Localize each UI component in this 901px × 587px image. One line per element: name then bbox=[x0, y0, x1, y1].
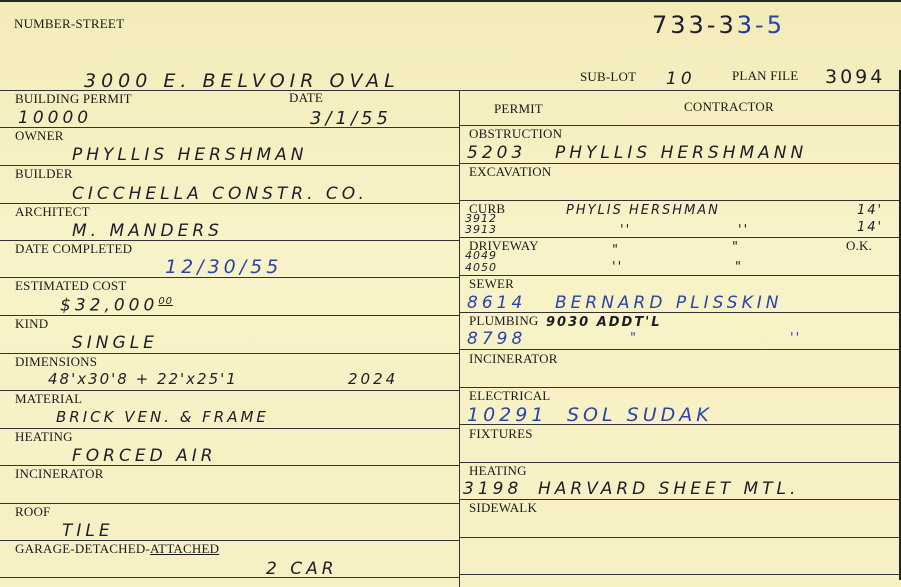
file-number: 733-33-5 bbox=[652, 13, 785, 37]
date-label: DATE bbox=[289, 91, 323, 104]
material-value: BRICK VEN. & FRAME bbox=[56, 410, 269, 425]
owner-label: OWNER bbox=[15, 129, 64, 142]
building-permit-label: BUILDING PERMIT bbox=[15, 92, 132, 105]
curb-length-2: 14' bbox=[857, 221, 883, 234]
sub-lot-value: 10 bbox=[666, 71, 696, 88]
incinerator-right-label: INCINERATOR bbox=[469, 352, 558, 365]
divider bbox=[459, 200, 901, 201]
dimensions-label: DIMENSIONS bbox=[15, 355, 97, 368]
owner-value: PHYLLIS HERSHMAN bbox=[72, 147, 308, 164]
architect-value: M. MANDERS bbox=[72, 223, 223, 240]
roof-value: TILE bbox=[62, 523, 114, 540]
curb-ditto-1: '' bbox=[620, 224, 631, 237]
heating-label: HEATING bbox=[15, 430, 73, 443]
contractor-column-header: CONTRACTOR bbox=[684, 100, 774, 113]
sub-lot-label: SUB-LOT bbox=[580, 70, 636, 83]
plan-file-value: 3094 bbox=[825, 68, 885, 87]
driveway-permit-1: 4049 bbox=[465, 250, 497, 261]
sewer-permit: 8614 bbox=[467, 295, 526, 312]
column-divider bbox=[459, 90, 460, 587]
address-value: 3000 E. BELVOIR OVAL bbox=[84, 72, 400, 91]
curb-ditto-2: '' bbox=[738, 224, 749, 237]
heating-permit: 3198 bbox=[463, 481, 522, 498]
file-number-corrected-digit: 3 bbox=[737, 11, 755, 39]
garage-label-selected: ATTACHED bbox=[150, 541, 219, 556]
builder-label: BUILDER bbox=[15, 167, 73, 180]
curb-length-1: 14' bbox=[857, 204, 883, 217]
sidewalk-label: SIDEWALK bbox=[469, 501, 537, 514]
divider bbox=[0, 503, 459, 504]
obstruction-label: OBSTRUCTION bbox=[469, 127, 562, 140]
garage-label-prefix: GARAGE-DETACHED- bbox=[15, 541, 150, 556]
excavation-label: EXCAVATION bbox=[469, 165, 551, 178]
architect-label: ARCHITECT bbox=[15, 205, 90, 218]
electrical-contractor: SOL SUDAK bbox=[567, 406, 713, 425]
date-completed-label: DATE COMPLETED bbox=[15, 242, 132, 255]
plumbing-note: 9030 ADDT'L bbox=[546, 316, 661, 329]
number-street-label: NUMBER-STREET bbox=[14, 17, 124, 30]
curb-contractor: PHYLIS HERSHMAN bbox=[566, 204, 720, 217]
electrical-label: ELECTRICAL bbox=[469, 389, 550, 402]
kind-value: SINGLE bbox=[72, 335, 158, 352]
driveway-ditto-b1: " bbox=[732, 241, 740, 254]
plumbing-label: PLUMBING bbox=[469, 314, 539, 327]
driveway-permit-2: 4050 bbox=[465, 262, 497, 273]
heating-value: FORCED AIR bbox=[72, 448, 217, 465]
material-label: MATERIAL bbox=[15, 392, 82, 405]
incinerator-label: INCINERATOR bbox=[15, 467, 104, 480]
estimated-cost-value: $32,00000 bbox=[60, 297, 173, 315]
driveway-status: O.K. bbox=[846, 239, 872, 252]
roof-label: ROOF bbox=[15, 505, 50, 518]
kind-label: KIND bbox=[15, 317, 48, 330]
permit-index-card: NUMBER-STREET 733-33-5 3000 E. BELVOIR O… bbox=[0, 0, 901, 587]
curb-permit-2: 3913 bbox=[465, 224, 497, 235]
date-value: 3/1/55 bbox=[310, 110, 392, 128]
dimensions-extra: 2024 bbox=[348, 372, 398, 387]
garage-label: GARAGE-DETACHED-ATTACHED bbox=[15, 542, 219, 555]
estimated-cost-label: ESTIMATED COST bbox=[15, 279, 127, 292]
divider bbox=[459, 537, 901, 538]
divider bbox=[0, 577, 459, 578]
driveway-ditto-a2: '' bbox=[612, 261, 623, 274]
dimensions-value: 48'x30'8 + 22'x25'1 bbox=[48, 372, 238, 387]
driveway-ditto-a1: " bbox=[612, 244, 620, 257]
heating-contractor: HARVARD SHEET MTL. bbox=[538, 481, 799, 498]
permit-column-header: PERMIT bbox=[494, 102, 543, 115]
fixtures-label: FIXTURES bbox=[469, 427, 533, 440]
builder-value: CICCHELLA CONSTR. CO. bbox=[72, 186, 368, 203]
sewer-contractor: BERNARD PLISSKIN bbox=[555, 295, 782, 312]
divider bbox=[459, 574, 899, 575]
estimated-cost-cents: 00 bbox=[158, 296, 173, 307]
sewer-label: SEWER bbox=[469, 277, 514, 290]
plumbing-ditto-1: " bbox=[630, 332, 638, 345]
divider bbox=[459, 275, 901, 276]
building-permit-value: 10000 bbox=[18, 110, 92, 127]
electrical-permit: 10291 bbox=[467, 406, 547, 425]
garage-value: 2 CAR bbox=[266, 561, 338, 578]
heating-right-label: HEATING bbox=[469, 464, 527, 477]
file-number-suffix: -5 bbox=[755, 11, 785, 39]
plan-file-label: PLAN FILE bbox=[732, 69, 798, 82]
obstruction-permit: 5203 bbox=[467, 145, 526, 162]
plumbing-permit: 8798 bbox=[467, 331, 526, 348]
obstruction-contractor: PHYLLIS HERSHMANN bbox=[555, 145, 807, 162]
plumbing-ditto-2: '' bbox=[790, 332, 801, 345]
date-completed-value: 12/30/55 bbox=[165, 258, 282, 277]
file-number-prefix: 733-3 bbox=[652, 11, 737, 39]
driveway-ditto-b2: " bbox=[735, 261, 743, 274]
divider bbox=[0, 90, 901, 91]
divider bbox=[459, 349, 901, 350]
estimated-cost-amount: $32,000 bbox=[60, 296, 158, 316]
